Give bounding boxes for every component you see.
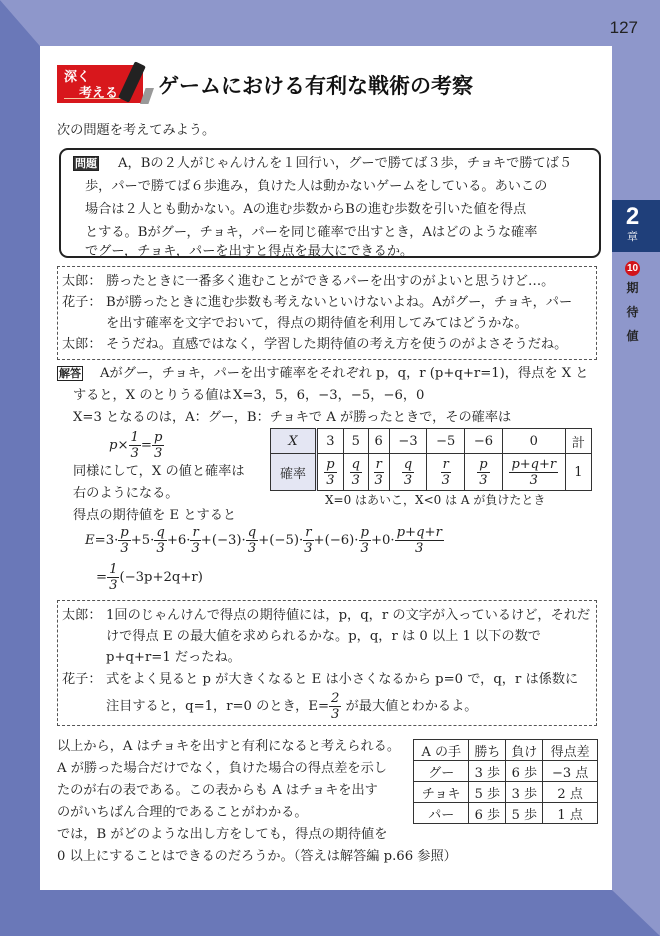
table-note: X=0 はあいこ，X<0 は A が負けたとき bbox=[325, 490, 545, 510]
conclusion-line: たのが右の表である。この表からも A はチョキを出す bbox=[57, 781, 378, 801]
denominator: 3 bbox=[154, 446, 162, 461]
table-header: X bbox=[271, 429, 317, 454]
table-cell: 1 点 bbox=[543, 803, 598, 824]
table-row: A の手 勝ち 負け 得点差 bbox=[414, 740, 598, 761]
denominator: 3 bbox=[131, 446, 139, 461]
speaker: 太郎： bbox=[62, 335, 102, 355]
table-cell: p3 bbox=[465, 454, 503, 491]
table-cell: 2 点 bbox=[543, 782, 598, 803]
solution-line: X=3，5，6，−3，−5，−6，0 bbox=[233, 386, 424, 406]
table-cell: 3 歩 bbox=[469, 761, 506, 782]
expectation-paren: (−3p+2q+r) bbox=[119, 570, 202, 585]
conclusion-line: 0 以上にすることはできるのだろうか。（答えは解答編 p.66 参照） bbox=[57, 847, 457, 867]
dialogue-line: 1回のじゃんけんで得点の期待値には，p，q，r の文字が入っているけど，それだ bbox=[106, 606, 590, 626]
page-number: 127 bbox=[610, 18, 638, 38]
table-cell: −3 bbox=[389, 429, 427, 454]
problem-line: 歩，パーで勝てば６歩進み，負けた人は動かないゲームをしている。あいこの bbox=[85, 177, 547, 197]
problem-label: 問題 bbox=[73, 156, 99, 171]
frame-right bbox=[612, 46, 660, 936]
dialogue-line: 注目すると，q=1，r=0 のとき，E=23 が最大値とわかるよ。 bbox=[106, 690, 478, 724]
expectation-line-2: =13(−3p+2q+r) bbox=[96, 562, 203, 593]
table-cell: 5 bbox=[343, 429, 368, 454]
problem-line: でグー，チョキ，パーを出すと得点を最大にできるか。 bbox=[85, 242, 413, 262]
dialogue-line: Bが勝ったときに進む歩数も考えないといけないよね。Aがグー，チョキ，パー bbox=[106, 293, 572, 313]
table-cell: 0 bbox=[502, 429, 565, 454]
table-row: X 3 5 6 −3 −5 −6 0 計 bbox=[271, 429, 592, 454]
table-cell: グー bbox=[414, 761, 469, 782]
problem-line: 場合は２人とも動かない。Aの進む歩数からBの進む歩数を引いた値を得点 bbox=[85, 200, 526, 220]
topic-char: 値 bbox=[605, 324, 660, 348]
problem-line: とする。Bがグー，チョキ，パーを同じ確率で出すとき，Aはどのような確率 bbox=[85, 223, 537, 243]
topic-char: 待 bbox=[605, 300, 660, 324]
intro-text: 次の問題を考えてみよう。 bbox=[57, 121, 215, 141]
dialogue-line: p+q+r=1 だったね。 bbox=[106, 648, 241, 668]
table-cell: 6 歩 bbox=[506, 761, 543, 782]
topic-char: 期 bbox=[605, 276, 660, 300]
table-row: 確率 p3 q3 r3 q3 r3 p3 p+q+r3 1 bbox=[271, 454, 592, 491]
chapter-number: 2 bbox=[605, 204, 660, 230]
table-cell: r3 bbox=[427, 454, 465, 491]
table-cell: 1 bbox=[565, 454, 591, 491]
chapter-tab[interactable]: 2 章 bbox=[605, 200, 660, 252]
solution-line: 同様にして，X の値と確率は bbox=[73, 462, 245, 482]
frame-top bbox=[0, 0, 660, 46]
table-header: 負け bbox=[506, 740, 543, 761]
equals: = bbox=[141, 438, 152, 453]
conclusion-line: のがいちばん合理的であることがわかる。 bbox=[57, 803, 308, 823]
table-cell: チョキ bbox=[414, 782, 469, 803]
topic-tab[interactable]: 10 期 待 値 bbox=[605, 258, 660, 348]
frame-left bbox=[0, 0, 40, 936]
table-cell: 5 歩 bbox=[469, 782, 506, 803]
problem-tag: 問題 bbox=[73, 154, 99, 174]
expectation-line-1: E=3·p3+5·q3+6·r3+(−3)·q3+(−5)·r3+(−6)·p3… bbox=[85, 525, 444, 556]
chapter-label: 章 bbox=[605, 230, 660, 244]
table-cell: −6 bbox=[465, 429, 503, 454]
table-cell: p+q+r3 bbox=[502, 454, 565, 491]
score-table: A の手 勝ち 負け 得点差 グー 3 歩 6 歩 −3 点 チョキ 5 歩 3… bbox=[413, 739, 598, 824]
solution-label: 解答 bbox=[57, 366, 83, 381]
table-cell: 6 bbox=[368, 429, 389, 454]
solution-line: 得点の期待値を E とすると bbox=[73, 506, 236, 526]
formula-term: p× bbox=[109, 438, 129, 453]
table-cell: p3 bbox=[317, 454, 344, 491]
table-cell: 6 歩 bbox=[469, 803, 506, 824]
conclusion-line: では，B がどのような出し方をしても，得点の期待値を bbox=[57, 825, 387, 845]
formula-1: p×13=p3 bbox=[109, 430, 164, 461]
dialogue-line: を出す確率を文字でおいて，得点の期待値を利用してみてはどうかな。 bbox=[106, 314, 528, 334]
table-header: 勝ち bbox=[469, 740, 506, 761]
conclusion-line: 以上から，A はチョキを出すと有利になると考えられる。 bbox=[57, 737, 400, 757]
speaker: 花子： bbox=[62, 293, 102, 313]
table-header: A の手 bbox=[414, 740, 469, 761]
solution-line: すると，X のとりうる値は bbox=[73, 386, 232, 406]
table-row: チョキ 5 歩 3 歩 2 点 bbox=[414, 782, 598, 803]
speaker: 花子： bbox=[62, 670, 102, 690]
topic-number-badge: 10 bbox=[625, 261, 640, 276]
table-cell: q3 bbox=[343, 454, 368, 491]
table-cell: r3 bbox=[368, 454, 389, 491]
problem-line: A，Bの２人がじゃんけんを１回行い，グーで勝てば３歩，チョキで勝てば５ bbox=[118, 154, 572, 174]
fraction: p3 bbox=[152, 430, 164, 461]
frame-bottom bbox=[0, 890, 660, 936]
table-cell: 3 bbox=[317, 429, 344, 454]
table-cell: q3 bbox=[389, 454, 427, 491]
table-row: パー 6 歩 5 歩 1 点 bbox=[414, 803, 598, 824]
speaker: 太郎： bbox=[62, 606, 102, 626]
solution-line: X=3 となるのは，A：グー，B：チョキで A が勝ったときで，その確率は bbox=[73, 408, 511, 428]
numerator: 1 bbox=[129, 430, 141, 446]
probability-table: X 3 5 6 −3 −5 −6 0 計 確率 p3 q3 r3 q3 r3 p… bbox=[270, 428, 592, 491]
table-cell: −3 点 bbox=[543, 761, 598, 782]
numerator: p bbox=[152, 430, 164, 446]
table-header: 得点差 bbox=[543, 740, 598, 761]
table-cell: 3 歩 bbox=[506, 782, 543, 803]
solution-line: Aがグー，チョキ，パーを出す確率をそれぞれ p，q，r (p+q+r=1)，得点… bbox=[100, 364, 589, 384]
solution-tag-wrap: 解答 bbox=[57, 364, 83, 384]
fraction: 13 bbox=[129, 430, 141, 461]
badge-underline bbox=[64, 98, 125, 100]
dialogue-line: けで得点 E の最大値を求められるかな。p，q，r は 0 以上 1 以下の数で bbox=[106, 627, 541, 647]
table-header: 計 bbox=[565, 429, 591, 454]
table-cell: −5 bbox=[427, 429, 465, 454]
table-header: 確率 bbox=[271, 454, 317, 491]
dialogue-line: 勝ったときに一番多く進むことができるパーを出すのがよいと思うけど…。 bbox=[106, 272, 554, 292]
speaker: 太郎： bbox=[62, 272, 102, 292]
page-title: ゲームにおける有利な戦術の考察 bbox=[158, 70, 473, 100]
solution-line: 右のようになる。 bbox=[73, 484, 179, 504]
dialogue-line: そうだね。直感ではなく，学習した期待値の考え方を使うのがよさそうだね。 bbox=[106, 335, 567, 355]
conclusion-line: A が勝った場合だけでなく，負けた場合の得点差を示し bbox=[57, 759, 387, 779]
table-cell: パー bbox=[414, 803, 469, 824]
table-cell: 5 歩 bbox=[506, 803, 543, 824]
table-row: グー 3 歩 6 歩 −3 点 bbox=[414, 761, 598, 782]
dialogue-line: 式をよく見ると p が大きくなると E は小さくなるから p=0 で，q，r は… bbox=[106, 670, 578, 690]
